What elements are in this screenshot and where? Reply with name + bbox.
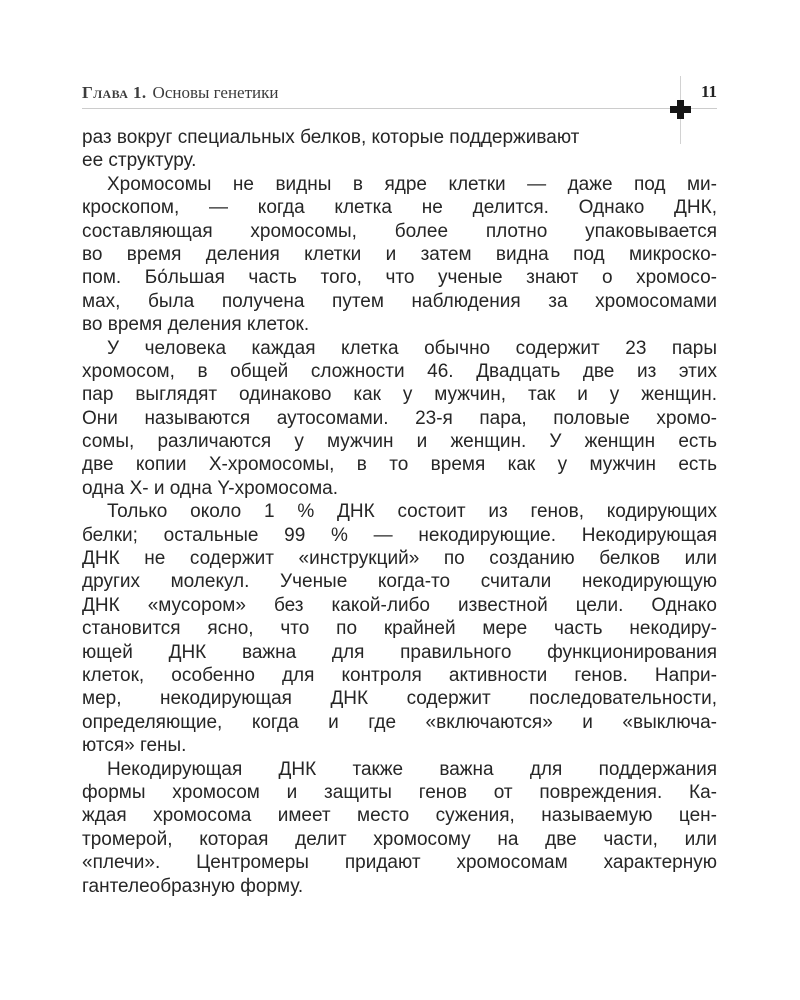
paragraph: Некодирующая ДНК также важна для поддерж…: [82, 758, 717, 898]
text-line: ются» гены.: [82, 734, 717, 757]
text-line: ДНК «мусором» без какой-либо известной ц…: [82, 594, 717, 617]
text-line: «плечи». Центромеры придают хромосомам х…: [82, 851, 717, 874]
text-line: определяющие, когда и где «включаются» и…: [82, 711, 717, 734]
text-line: во время деления клетки и затем видна по…: [82, 243, 717, 266]
page-body: раз вокруг специальных белков, которые п…: [82, 126, 717, 898]
paragraph: раз вокруг специальных белков, которые п…: [82, 126, 717, 173]
text-line: Хромосомы не видны в ядре клетки — даже …: [82, 173, 717, 196]
text-line: белки; остальные 99 % — некодирующие. Не…: [82, 524, 717, 547]
text-line: ДНК не содержит «инструкций» по созданию…: [82, 547, 717, 570]
text-line: мах, была получена путем наблюдения за х…: [82, 290, 717, 313]
text-line: кроскопом, — когда клетка не делится. Од…: [82, 196, 717, 219]
text-line: тромерой, которая делит хромосому на две…: [82, 828, 717, 851]
text-line: Некодирующая ДНК также важна для поддерж…: [82, 758, 717, 781]
text-line: формы хромосом и защиты генов от поврежд…: [82, 781, 717, 804]
text-line: хромосом, в общей сложности 46. Двадцать…: [82, 360, 717, 383]
registration-plus-icon: [670, 100, 691, 119]
header-rule: [82, 108, 717, 109]
paragraph: Только около 1 % ДНК состоит из генов, к…: [82, 500, 717, 757]
text-line: составляющая хромосомы, более плотно упа…: [82, 220, 717, 243]
text-line: клеток, особенно для контроля активности…: [82, 664, 717, 687]
text-line: ющей ДНК важна для правильного функциони…: [82, 641, 717, 664]
chapter-title: Основы генетики: [153, 83, 279, 102]
running-head: Глава 1.Основы генетики: [82, 84, 279, 101]
text-line: гантелеобразную форму.: [82, 875, 717, 898]
text-line: пом. Бо́льшая часть того, что ученые зна…: [82, 266, 717, 289]
text-line: пар выглядят одинаково как у мужчин, так…: [82, 383, 717, 406]
book-page: Глава 1.Основы генетики 11 раз вокруг сп…: [0, 0, 800, 1000]
text-line: Только около 1 % ДНК состоит из генов, к…: [82, 500, 717, 523]
page-number: 11: [693, 82, 717, 102]
text-line: ее структуру.: [82, 149, 717, 172]
text-line: во время деления клеток.: [82, 313, 717, 336]
text-line: У человека каждая клетка обычно содержит…: [82, 337, 717, 360]
chapter-label: Глава 1.: [82, 83, 147, 102]
text-line: одна X- и одна Y-хромосома.: [82, 477, 717, 500]
paragraph: Хромосомы не видны в ядре клетки — даже …: [82, 173, 717, 337]
text-line: две копии X-хромосомы, в то время как у …: [82, 453, 717, 476]
text-line: раз вокруг специальных белков, которые п…: [82, 126, 717, 149]
text-line: других молекул. Ученые когда-то считали …: [82, 570, 717, 593]
paragraph: У человека каждая клетка обычно содержит…: [82, 337, 717, 501]
text-line: Они называются аутосомами. 23-я пара, по…: [82, 407, 717, 430]
text-line: становится ясно, что по крайней мере час…: [82, 617, 717, 640]
text-line: мер, некодирующая ДНК содержит последова…: [82, 687, 717, 710]
text-line: ждая хромосома имеет место сужения, назы…: [82, 804, 717, 827]
text-line: сомы, различаются у мужчин и женщин. У ж…: [82, 430, 717, 453]
